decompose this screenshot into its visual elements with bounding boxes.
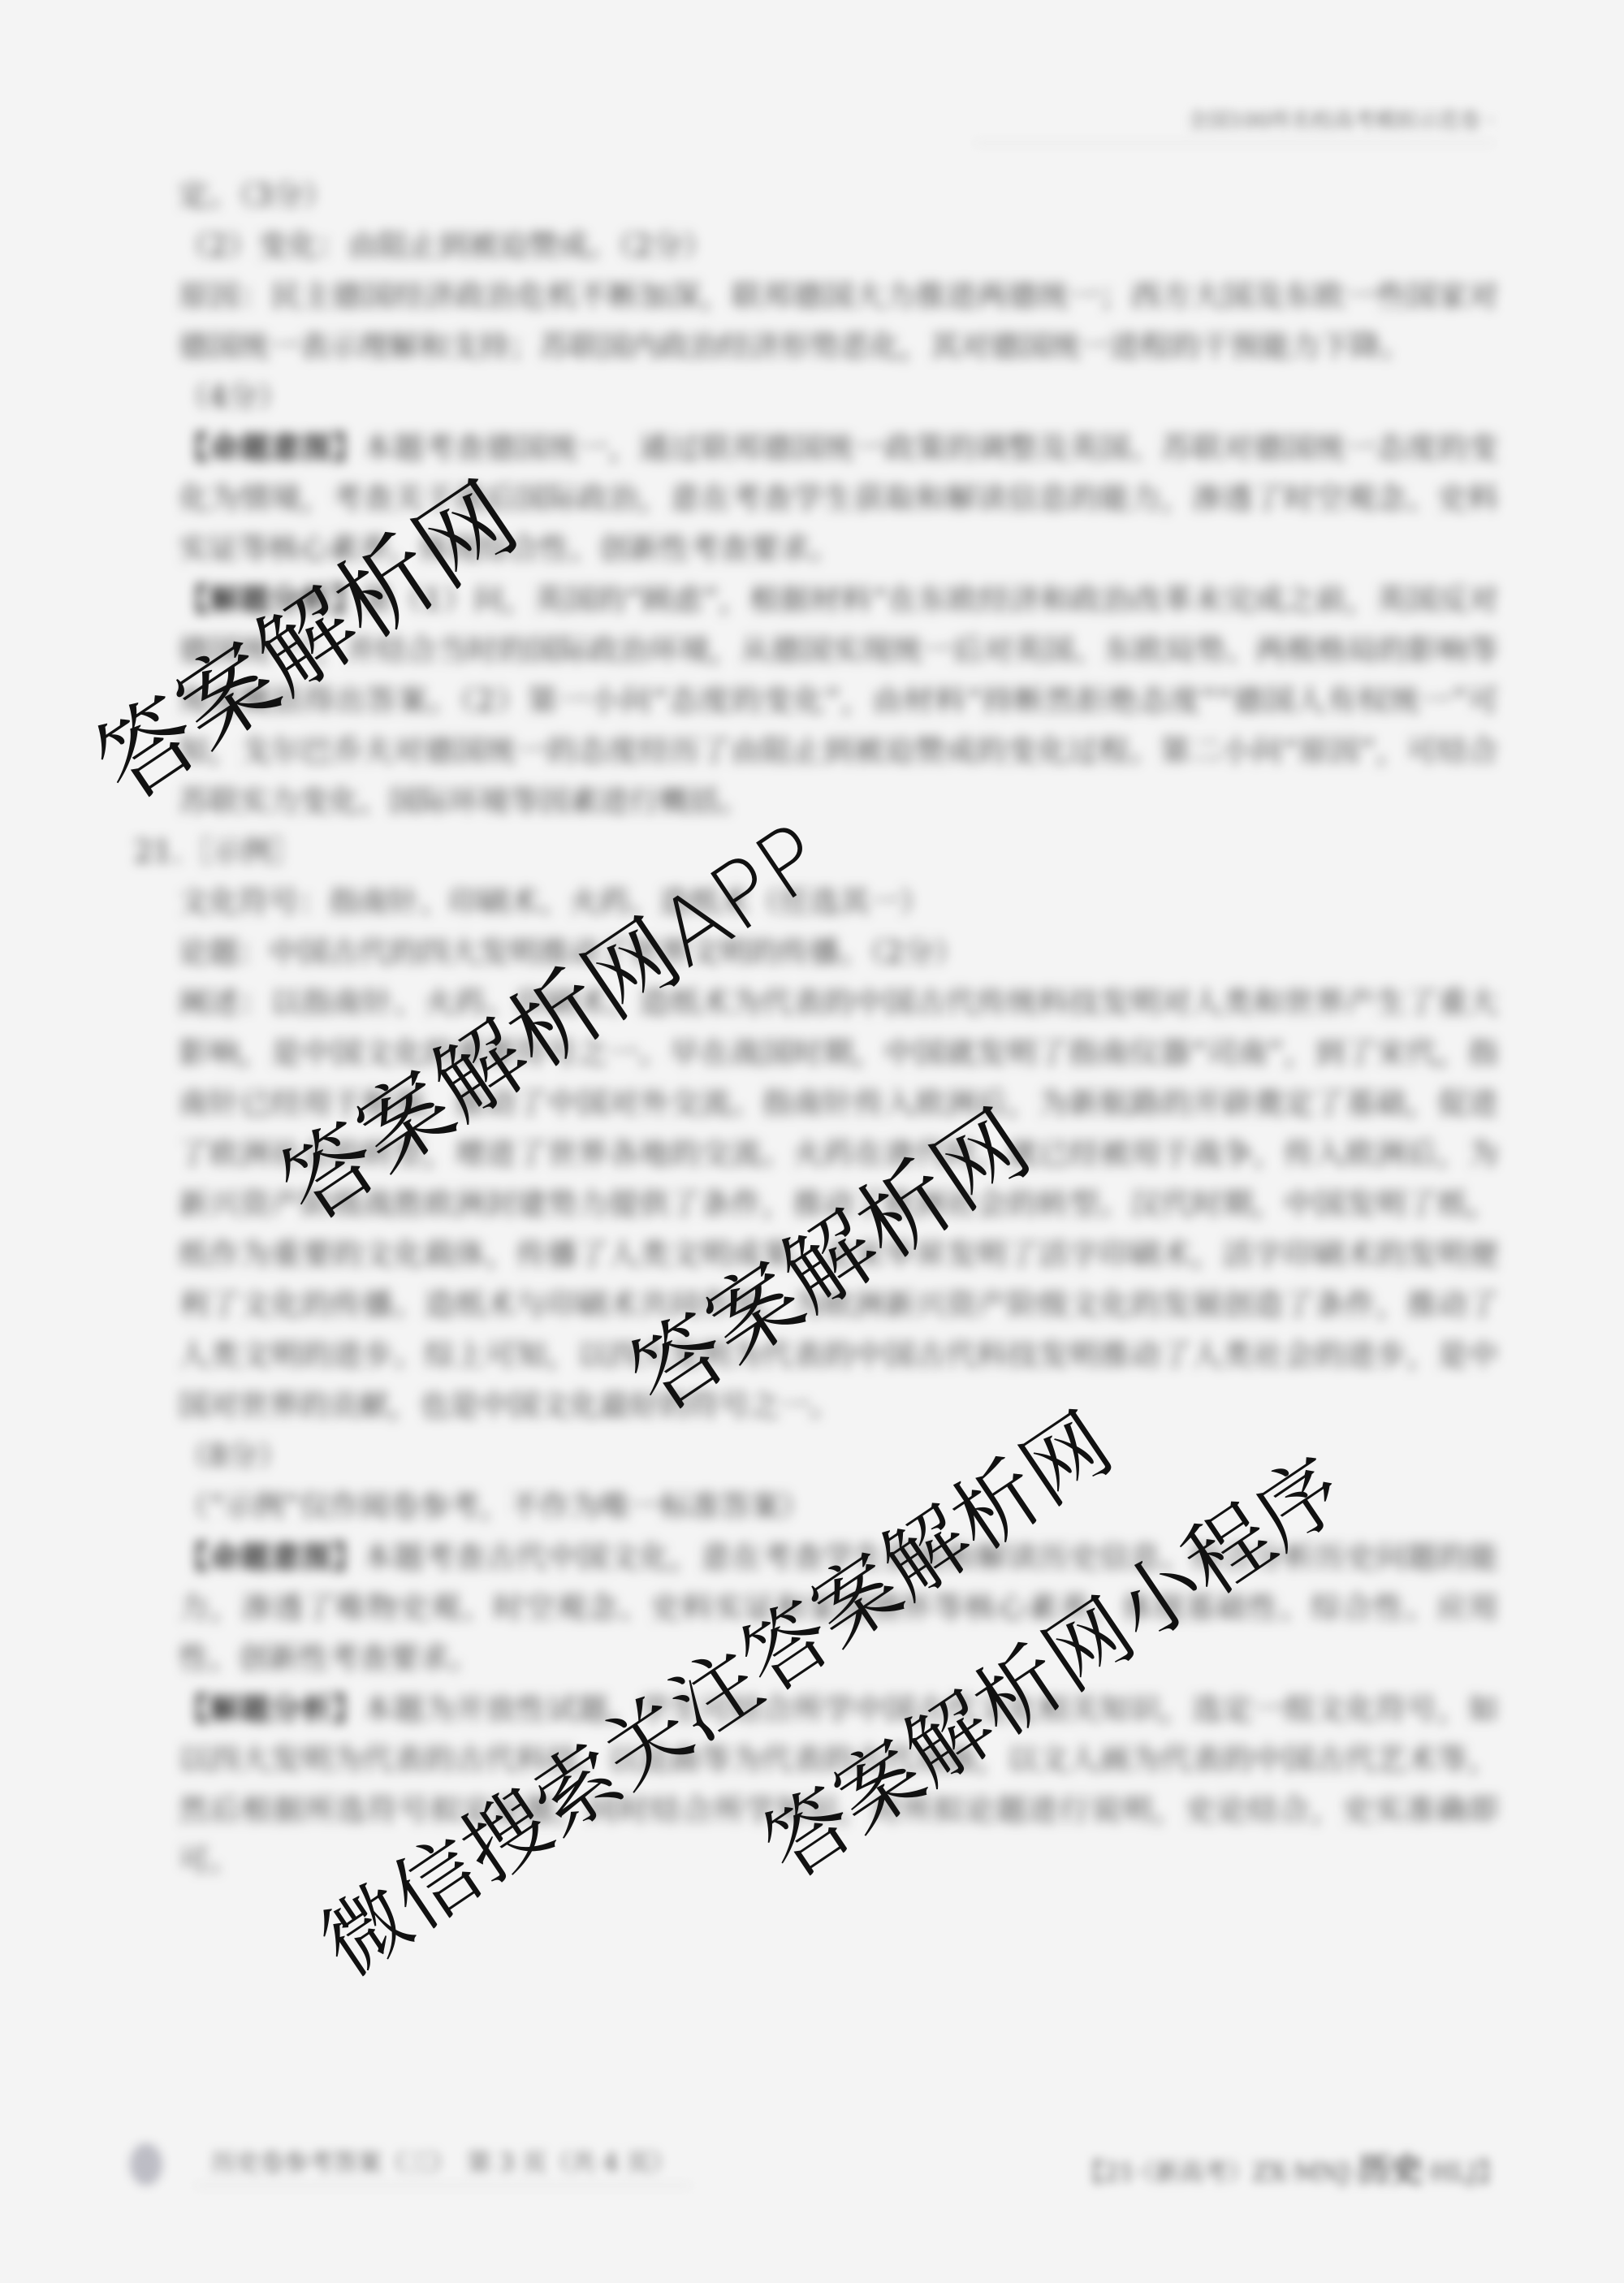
page-header: 全国100所名校高考模拟示范卷 · <box>974 104 1494 144</box>
paragraph-text: 定。（3分） <box>179 178 333 213</box>
paragraph-text: （8分） <box>179 1438 288 1473</box>
paragraph-text: ［示例］ <box>182 834 302 869</box>
paragraph-text: 原因：民主德国经济政治危机不断加深，联邦德国大力推进两德统一；西方大国及东欧一些… <box>179 279 1498 364</box>
content-paragraph: 论题：中国古代的四大发明推动了世界文明的传播。（2分） <box>179 927 1498 978</box>
content-paragraph: 定。（3分） <box>179 171 1498 221</box>
section-tag: 【命题意图】 <box>179 430 363 465</box>
header-page-mark: · <box>1488 109 1494 133</box>
content-paragraph: （4分） <box>179 372 1498 422</box>
footer-page-label: 历史卷参考答案（三） 第 3 页（共 4 页） <box>195 2142 691 2186</box>
footer-right: 【21·（新高考）ZX·MNJ·历史·HLJ】 <box>1079 2144 1502 2190</box>
footer-subject: 历史 <box>1358 2151 1423 2189</box>
content-paragraph: 原因：民主德国经济政治危机不断加深，联邦德国大力推进两德统一；西方大国及东欧一些… <box>179 271 1498 372</box>
footer-left: 历史卷参考答案（三） 第 3 页（共 4 页） <box>130 2142 691 2186</box>
paragraph-text: （4分） <box>179 379 288 414</box>
content-paragraph: 21.［示例］ <box>179 827 1498 877</box>
paragraph-text: （“示例”仅作阅卷参考，不作为唯一标准答案） <box>179 1489 810 1524</box>
section-tag: 【解题分析】 <box>179 1691 363 1727</box>
content-paragraph: 文化符号：指南针、印刷术、火药、造纸术（任选其一） <box>179 877 1498 927</box>
seal-icon <box>130 2143 162 2186</box>
footer-code-suffix: ·HLJ】 <box>1423 2159 1502 2187</box>
paragraph-text: （2）变化：由阻止到被迫赞成。（2分） <box>179 228 713 263</box>
content-paragraph: （2）变化：由阻止到被迫赞成。（2分） <box>179 221 1498 271</box>
header-title: 全国100所名校高考模拟示范卷 <box>1187 109 1481 133</box>
question-number: 21. <box>134 834 182 869</box>
section-tag: 【命题意图】 <box>179 1539 363 1575</box>
footer-code-prefix: 【21·（新高考）ZX·MNJ· <box>1079 2159 1358 2187</box>
